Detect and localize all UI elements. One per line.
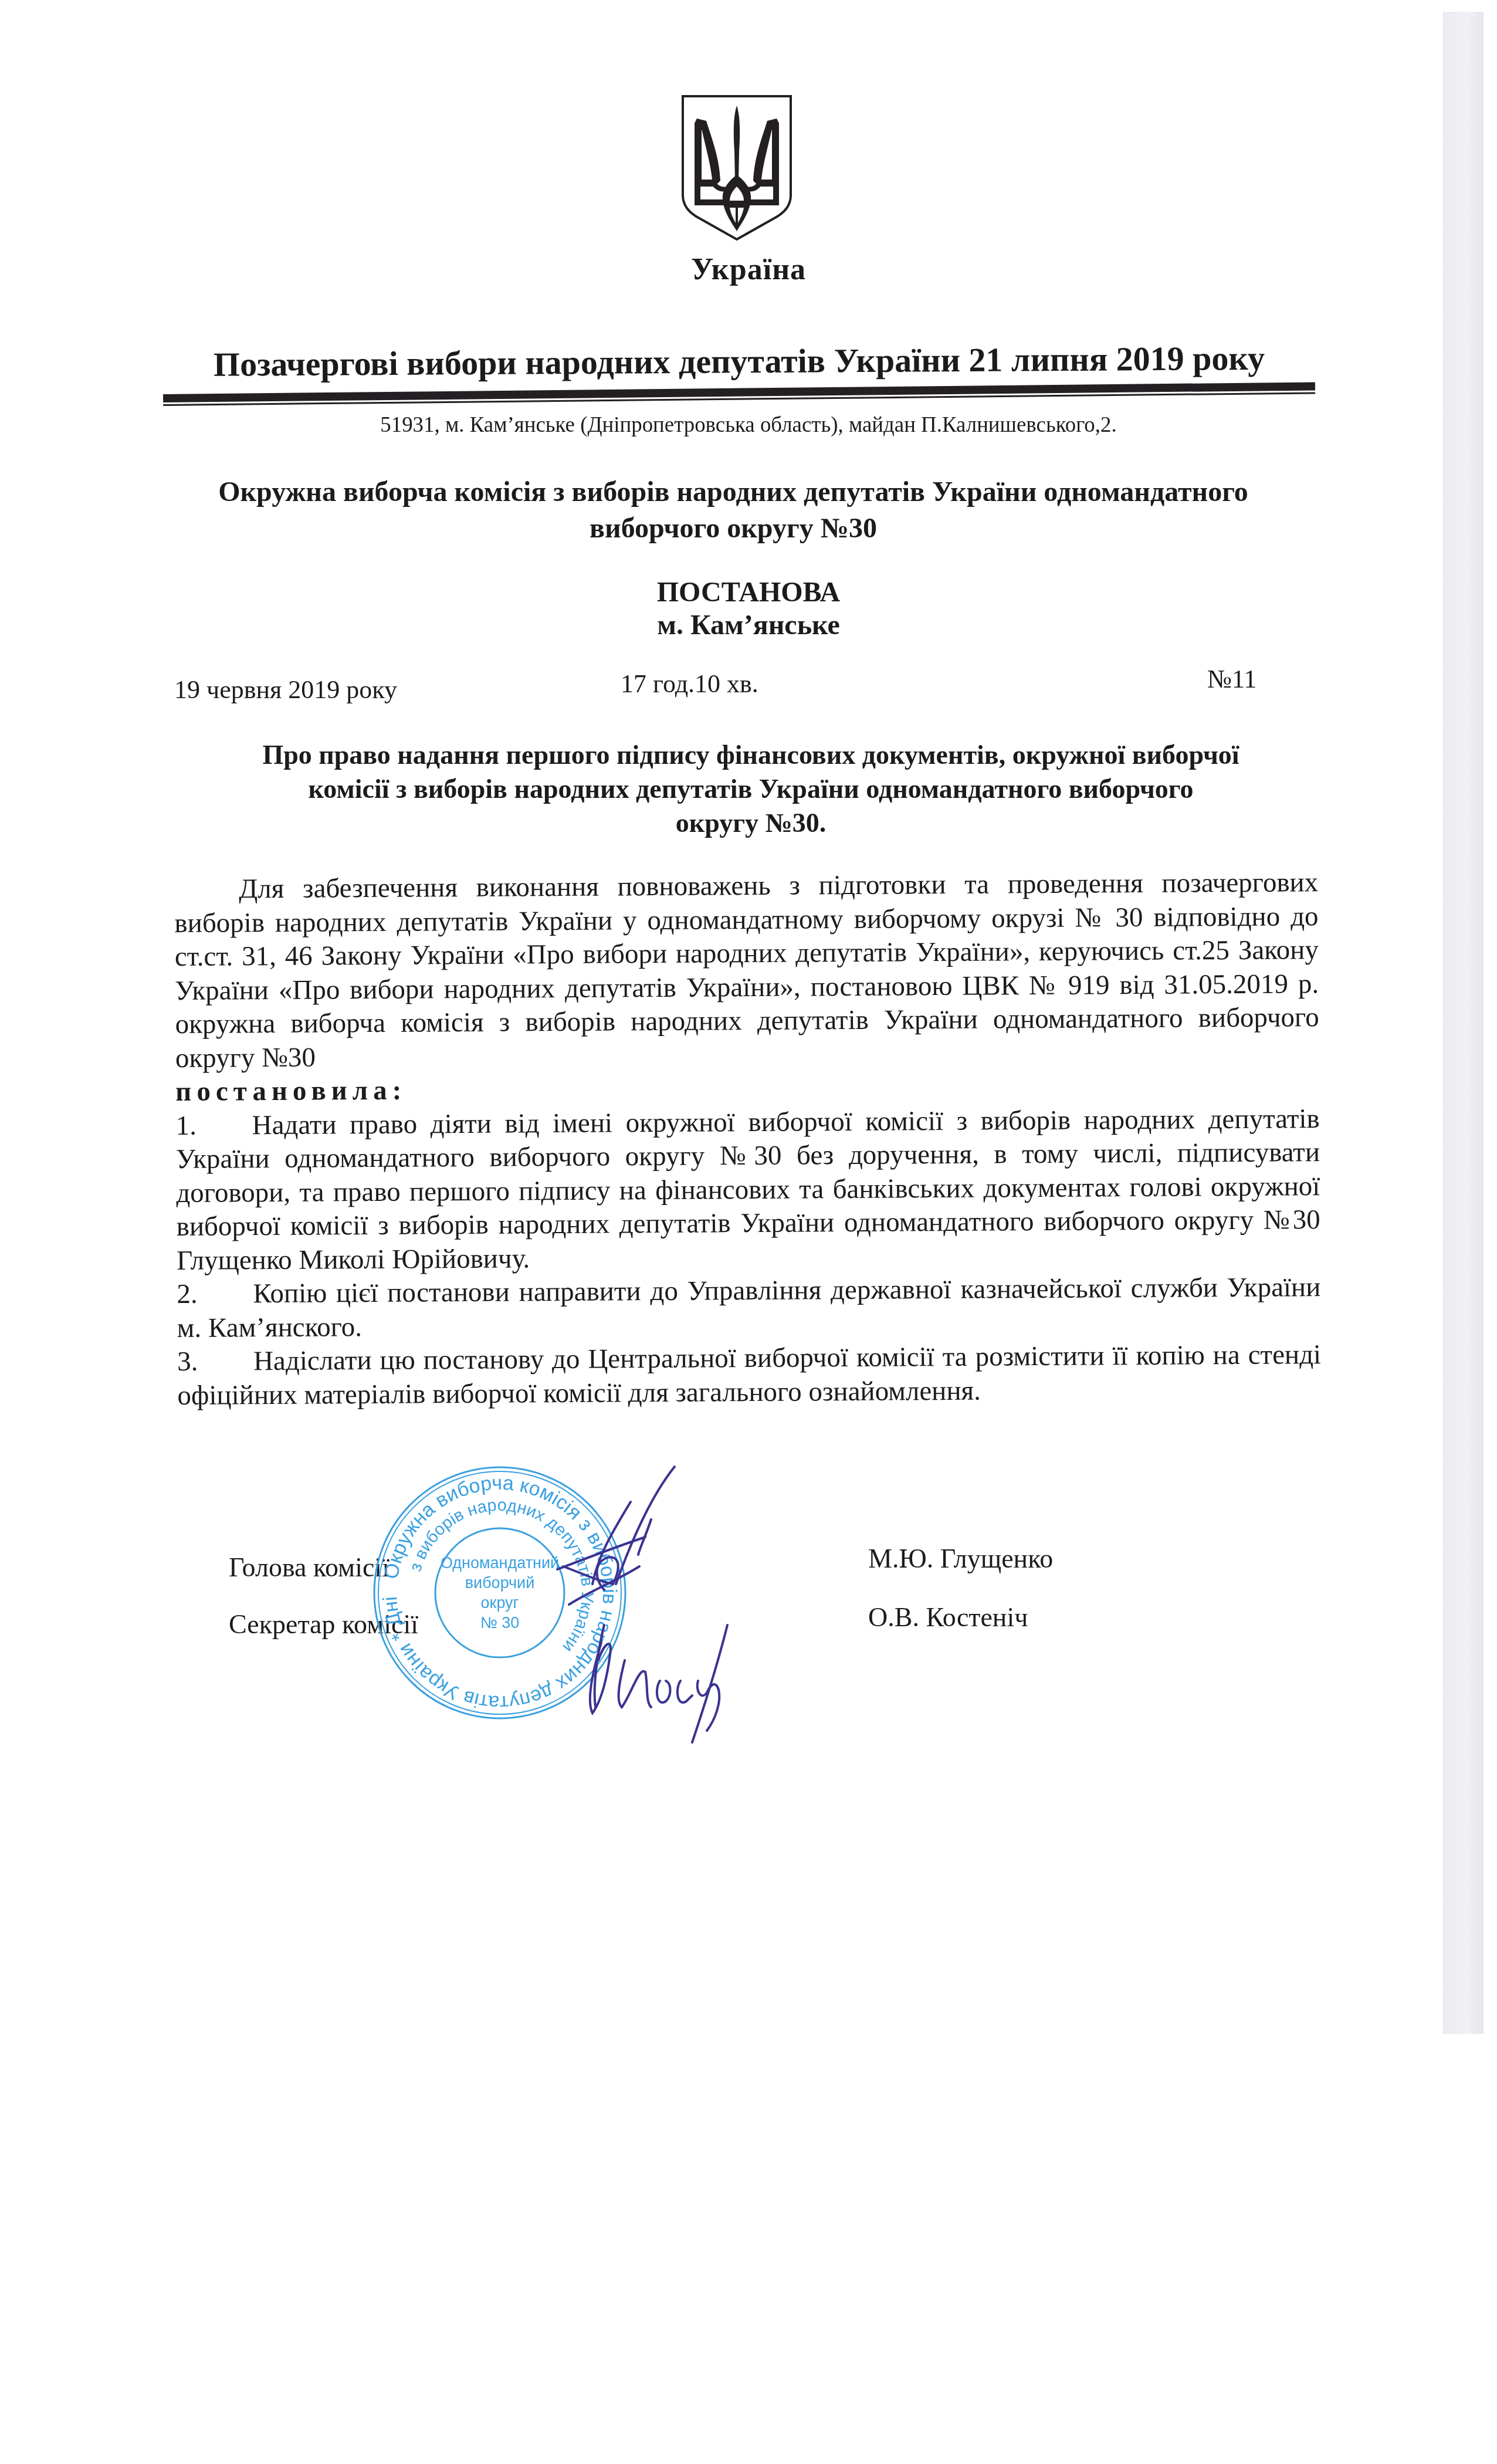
document-type: ПОСТАНОВА <box>0 576 1497 609</box>
subject-line-1: Про право надання першого підпису фінанс… <box>194 738 1308 772</box>
resolution-item-2: 2.Копію цієї постанови направити до Упра… <box>177 1271 1321 1345</box>
election-title: Позачергові вибори народних депутатів Ук… <box>194 339 1285 384</box>
chair-name: М.Ю. Глущенко <box>868 1543 1053 1574</box>
item-number: 2. <box>177 1277 253 1311</box>
preamble-paragraph: Для забезпечення виконання повноважень з… <box>174 866 1319 1075</box>
header-divider <box>163 382 1315 414</box>
item-text: Надати право діяти від імені окружної ви… <box>176 1104 1320 1276</box>
commission-address: 51931, м. Кам’янське (Дніпропетровська о… <box>22 412 1474 438</box>
item-number: 3. <box>177 1345 253 1379</box>
item-text: Надіслати цю постанову до Центральної ви… <box>177 1339 1321 1410</box>
document-time: 17 год.10 хв. <box>621 669 758 699</box>
document-heading: ПОСТАНОВА м. Кам’янське <box>0 576 1497 642</box>
item-text: Копію цієї постанови направити до Управл… <box>177 1272 1321 1343</box>
resolution-item-3: 3.Надіслати цю постанову до Центральної … <box>177 1338 1322 1413</box>
document-subject: Про право надання першого підпису фінанс… <box>194 738 1308 840</box>
coat-of-arms-icon <box>679 93 794 242</box>
commission-name-line-2: виборчого округу №30 <box>176 510 1291 547</box>
item-number: 1. <box>175 1109 252 1143</box>
scanner-edge-strip <box>1443 12 1484 2034</box>
handwritten-signatures-icon <box>504 1449 833 1754</box>
document-number: №11 <box>1207 664 1256 694</box>
commission-name: Окружна виборча комісія з виборів народн… <box>176 474 1291 547</box>
chair-label: Голова комісії <box>229 1552 390 1583</box>
subject-line-3: округу №30. <box>194 806 1308 840</box>
subject-line-2: комісії з виборів народних депутатів Укр… <box>194 772 1308 806</box>
secretary-name: О.В. Костеніч <box>868 1602 1028 1633</box>
document-city: м. Кам’янське <box>0 609 1497 642</box>
document-date: 19 червня 2019 року <box>174 675 397 705</box>
document-body: Для забезпечення виконання повноважень з… <box>174 866 1322 1413</box>
country-name: Україна <box>0 252 1497 287</box>
commission-name-line-1: Окружна виборча комісія з виборів народн… <box>176 474 1291 510</box>
resolution-item-1: 1.Надати право діяти від імені окружної … <box>175 1102 1320 1278</box>
